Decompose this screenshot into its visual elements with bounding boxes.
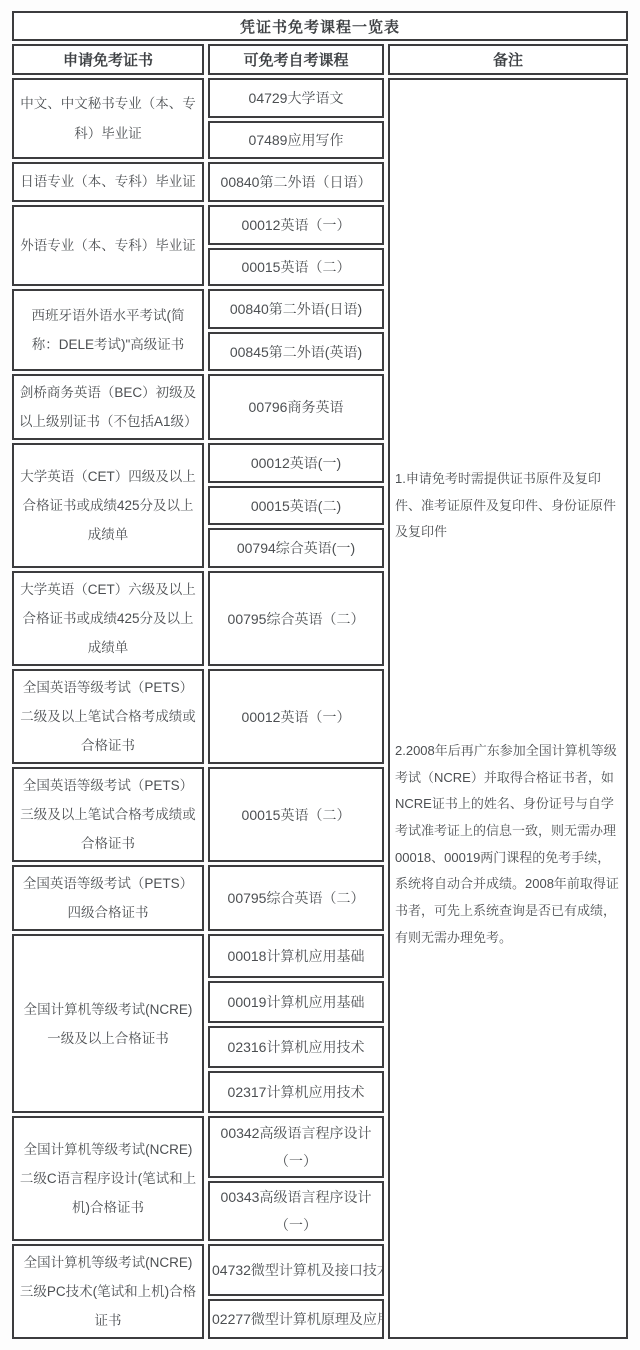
course-cell: 00018计算机应用基础 bbox=[208, 934, 384, 978]
certificate-cell: 全国英语等级考试（PETS）二级及以上笔试合格考成绩或合格证书 bbox=[12, 669, 204, 764]
column-header-remarks: 备注 bbox=[388, 44, 628, 75]
course-cell: 02277微型计算机原理及应用 bbox=[208, 1299, 384, 1339]
course-cell: 02316计算机应用技术 bbox=[208, 1026, 384, 1068]
page: 凭证书免考课程一览表 申请免考证书 可免考自考课程 备注 中文、中文秘书专业（本… bbox=[0, 0, 640, 1350]
course-cell: 00015英语（二） bbox=[208, 767, 384, 862]
course-cell: 02317计算机应用技术 bbox=[208, 1071, 384, 1113]
course-row: 中文、中文秘书专业（本、专科）毕业证04729大学语文1.申请免考时需提供证书原… bbox=[12, 78, 628, 118]
title-row: 凭证书免考课程一览表 bbox=[12, 11, 628, 41]
certificate-cell: 全国计算机等级考试(NCRE)三级PC技术(笔试和上机)合格证书 bbox=[12, 1244, 204, 1339]
table-title: 凭证书免考课程一览表 bbox=[12, 11, 628, 41]
course-cell: 00845第二外语(英语) bbox=[208, 332, 384, 371]
column-header-course: 可免考自考课程 bbox=[208, 44, 384, 75]
certificate-cell: 全国计算机等级考试(NCRE)二级C语言程序设计(笔试和上机)合格证书 bbox=[12, 1116, 204, 1241]
certificate-cell: 全国英语等级考试（PETS）四级合格证书 bbox=[12, 865, 204, 931]
certificate-cell: 剑桥商务英语（BEC）初级及以上级别证书（不包括A1级） bbox=[12, 374, 204, 440]
course-cell: 00019计算机应用基础 bbox=[208, 981, 384, 1023]
header-row: 申请免考证书 可免考自考课程 备注 bbox=[12, 44, 628, 75]
certificate-cell: 中文、中文秘书专业（本、专科）毕业证 bbox=[12, 78, 204, 159]
certificate-cell: 全国计算机等级考试(NCRE)一级及以上合格证书 bbox=[12, 934, 204, 1113]
course-cell: 00795综合英语（二） bbox=[208, 865, 384, 931]
course-cell: 00343高级语言程序设计 （一） bbox=[208, 1181, 384, 1241]
course-cell: 00015英语（二） bbox=[208, 248, 384, 286]
course-cell: 00012英语（一） bbox=[208, 669, 384, 764]
certificate-cell: 西班牙语外语水平考试(简称：DELE考试)"高级证书 bbox=[12, 289, 204, 371]
certificate-cell: 外语专业（本、专科）毕业证 bbox=[12, 205, 204, 286]
course-cell: 00012英语（一） bbox=[208, 205, 384, 245]
certificate-cell: 日语专业（本、专科）毕业证 bbox=[12, 162, 204, 202]
exemption-table: 凭证书免考课程一览表 申请免考证书 可免考自考课程 备注 中文、中文秘书专业（本… bbox=[8, 8, 632, 1342]
course-cell: 00012英语(一) bbox=[208, 443, 384, 483]
course-cell: 00795综合英语（二） bbox=[208, 571, 384, 666]
column-header-certificate: 申请免考证书 bbox=[12, 44, 204, 75]
course-cell: 00840第二外语(日语) bbox=[208, 289, 384, 329]
course-cell: 00840第二外语（日语） bbox=[208, 162, 384, 202]
course-cell: 07489应用写作 bbox=[208, 121, 384, 159]
remarks-cell: 1.申请免考时需提供证书原件及复印件、准考证原件及复印件、身份证原件及复印件2.… bbox=[388, 78, 628, 1339]
course-cell: 04729大学语文 bbox=[208, 78, 384, 118]
course-cell: 00794综合英语(一) bbox=[208, 528, 384, 568]
certificate-cell: 大学英语（CET）四级及以上合格证书或成绩425分及以上成绩单 bbox=[12, 443, 204, 568]
certificate-cell: 全国英语等级考试（PETS）三级及以上笔试合格考成绩或合格证书 bbox=[12, 767, 204, 862]
remark-paragraph-1: 1.申请免考时需提供证书原件及复印件、准考证原件及复印件、身份证原件及复印件 bbox=[395, 466, 621, 546]
certificate-cell: 大学英语（CET）六级及以上合格证书或成绩425分及以上成绩单 bbox=[12, 571, 204, 666]
course-cell: 00342高级语言程序设计 （一） bbox=[208, 1116, 384, 1178]
remark-paragraph-2: 2.2008年后再广东参加全国计算机等级考试（NCRE）并取得合格证书者，如NC… bbox=[395, 738, 621, 951]
course-cell: 00015英语(二) bbox=[208, 486, 384, 525]
course-cell: 00796商务英语 bbox=[208, 374, 384, 440]
course-cell: 04732微型计算机及接口技术 bbox=[208, 1244, 384, 1296]
